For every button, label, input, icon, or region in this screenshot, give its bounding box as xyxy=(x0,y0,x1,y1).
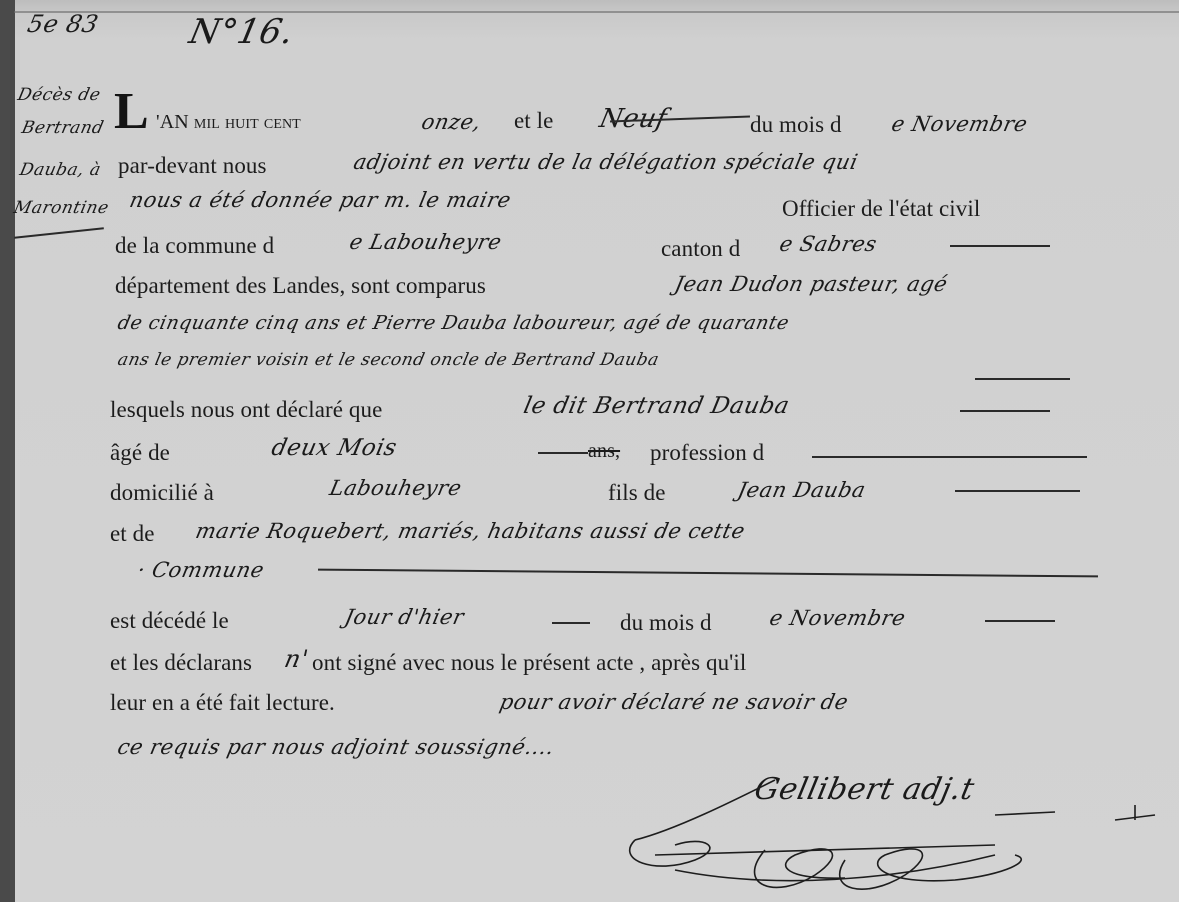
hand-canton: e Sabres xyxy=(777,232,879,256)
print-est-decede: est décédé le xyxy=(110,608,229,634)
print-lesquels: lesquels nous ont déclaré que xyxy=(110,397,382,423)
hand-deceased-name: le dit Bertrand Dauba xyxy=(521,393,792,419)
print-et-de: et de xyxy=(110,521,155,547)
fill-line xyxy=(975,378,1070,380)
print-et-le: et le xyxy=(514,108,553,134)
fill-line xyxy=(985,620,1055,622)
struck-ans: ans, xyxy=(588,440,620,463)
print-canton: canton d xyxy=(661,236,740,262)
page-top-edge xyxy=(14,11,1179,13)
hand-domicile: Labouheyre xyxy=(327,476,463,500)
hand-month: e Novembre xyxy=(889,112,1029,136)
print-year-prefix: 'AN mil huit cent xyxy=(156,111,301,133)
hand-father: Jean Dauba xyxy=(735,478,868,502)
margin-note-line-2: Bertrand xyxy=(20,118,106,138)
print-du-mois: du mois d xyxy=(750,112,842,138)
print-par-devant: par-devant nous xyxy=(118,153,267,179)
margin-note-line-1: Décès de xyxy=(16,85,103,105)
print-officier: Officier de l'état civil xyxy=(782,196,980,222)
fill-line xyxy=(950,245,1050,247)
hand-declaration-note: pour avoir déclaré ne savoir de xyxy=(497,690,850,714)
print-fils-de: fils de xyxy=(608,480,666,506)
hand-delegation: nous a été donnée par m. le maire xyxy=(127,188,513,212)
act-number: N°16. xyxy=(186,12,298,52)
print-ont-signe: ont signé avec nous le présent acte , ap… xyxy=(312,650,746,676)
signature-flourish-icon xyxy=(615,760,1175,900)
print-du-mois-2: du mois d xyxy=(620,610,712,636)
fill-line xyxy=(538,452,588,454)
hand-comparants-detail: de cinquante cinq ans et Pierre Dauba la… xyxy=(116,312,792,334)
hand-commune-end: · Commune xyxy=(135,558,266,582)
print-lecture: leur en a été fait lecture. xyxy=(110,690,335,716)
profession-blank-line xyxy=(812,456,1087,458)
fill-line xyxy=(955,490,1080,492)
hand-age: deux Mois xyxy=(269,435,399,461)
print-commune: de la commune d xyxy=(115,233,274,259)
hand-year: onze, xyxy=(419,110,483,134)
fill-line xyxy=(552,622,590,624)
hand-mother: marie Roquebert, mariés, habitans aussi … xyxy=(193,519,747,543)
hand-adjoint: adjoint en vertu de la délégation spécia… xyxy=(351,150,860,174)
hand-comparant-1: Jean Dudon pasteur, agé xyxy=(672,272,949,296)
print-declarans: et les déclarans xyxy=(110,650,252,676)
print-profession: profession d xyxy=(650,440,764,466)
margin-note-line-3: Dauba, à xyxy=(18,160,103,180)
print-intro: 'AN mil huit cent xyxy=(156,108,301,134)
binding-edge xyxy=(0,0,15,902)
print-domicilie: domicilié à xyxy=(110,480,214,506)
hand-requis: ce requis par nous adjoint soussigné.... xyxy=(115,735,556,759)
drop-cap: L xyxy=(114,86,149,138)
hand-death-month: e Novembre xyxy=(767,606,907,630)
folio-reference: 5e 83 xyxy=(25,10,101,38)
hand-commune: e Labouheyre xyxy=(347,230,504,254)
print-departement: département des Landes, sont comparus xyxy=(115,273,486,299)
hand-relationship: ans le premier voisin et le second oncle… xyxy=(116,350,661,370)
print-age-de: âgé de xyxy=(110,440,170,466)
hand-death-day: Jour d'hier xyxy=(342,605,466,629)
margin-note-line-4: Marontine xyxy=(12,198,111,218)
fill-line xyxy=(960,410,1050,412)
